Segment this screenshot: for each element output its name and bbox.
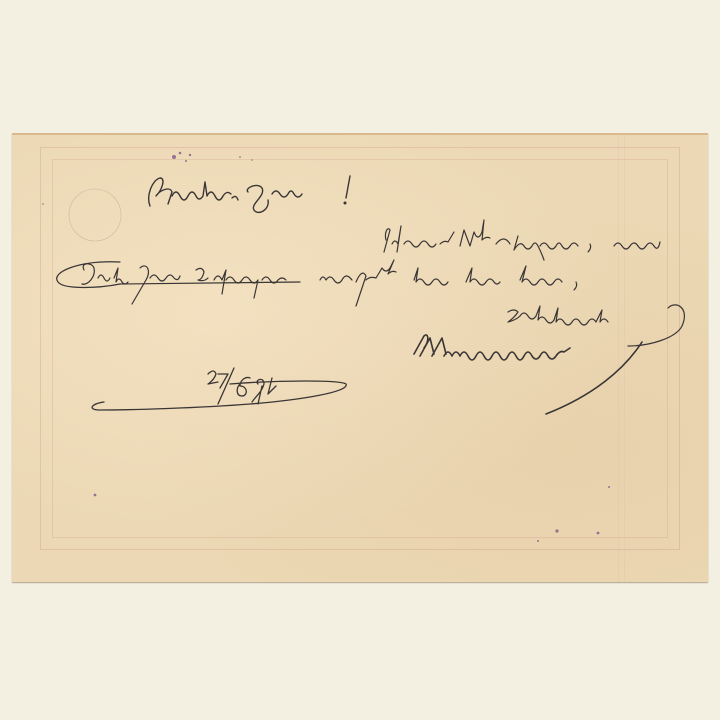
message-line1-strokes bbox=[384, 220, 660, 260]
faint-postmark bbox=[69, 189, 121, 241]
signature-strokes bbox=[414, 335, 642, 414]
closing-strokes bbox=[508, 305, 684, 346]
handwriting-layer bbox=[0, 0, 720, 720]
ink-specks bbox=[42, 152, 610, 542]
date-strokes bbox=[92, 368, 346, 410]
salutation-strokes bbox=[149, 176, 350, 212]
message-line2-strokes bbox=[57, 260, 577, 306]
